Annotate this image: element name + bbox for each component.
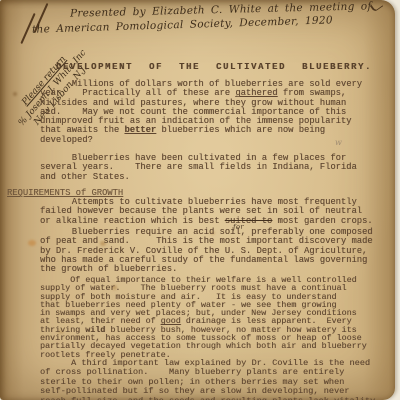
paper-sheet: Presented by Elizabeth C. White at the m…: [0, 0, 395, 400]
p3-text: most garden crops.: [272, 216, 372, 226]
stain-spot: [28, 240, 36, 246]
paragraph-5: Of equal importance to their welfare is …: [40, 276, 392, 359]
paragraph-1: Millions of dollars worth of blueberries…: [40, 80, 392, 145]
pencil-mark: w: [335, 138, 342, 147]
emphasized-word-better: better: [124, 125, 156, 135]
stain-spot: [13, 92, 17, 96]
paragraph-3: Attempts to cultivate blueberries have m…: [40, 198, 392, 226]
paragraph-4: Blueberries require an acid soil, prefer…: [40, 228, 392, 274]
scanned-document-page: Presented by Elizabeth C. White at the m…: [0, 0, 400, 400]
document-title: DEVELOPMENT OF THE CULTIVATED BLUEBERRY.: [40, 62, 388, 72]
paragraph-6: A third important law explained by Dr. C…: [40, 359, 392, 400]
paragraph-2: Blueberries have been cultivated in a fe…: [40, 154, 392, 182]
